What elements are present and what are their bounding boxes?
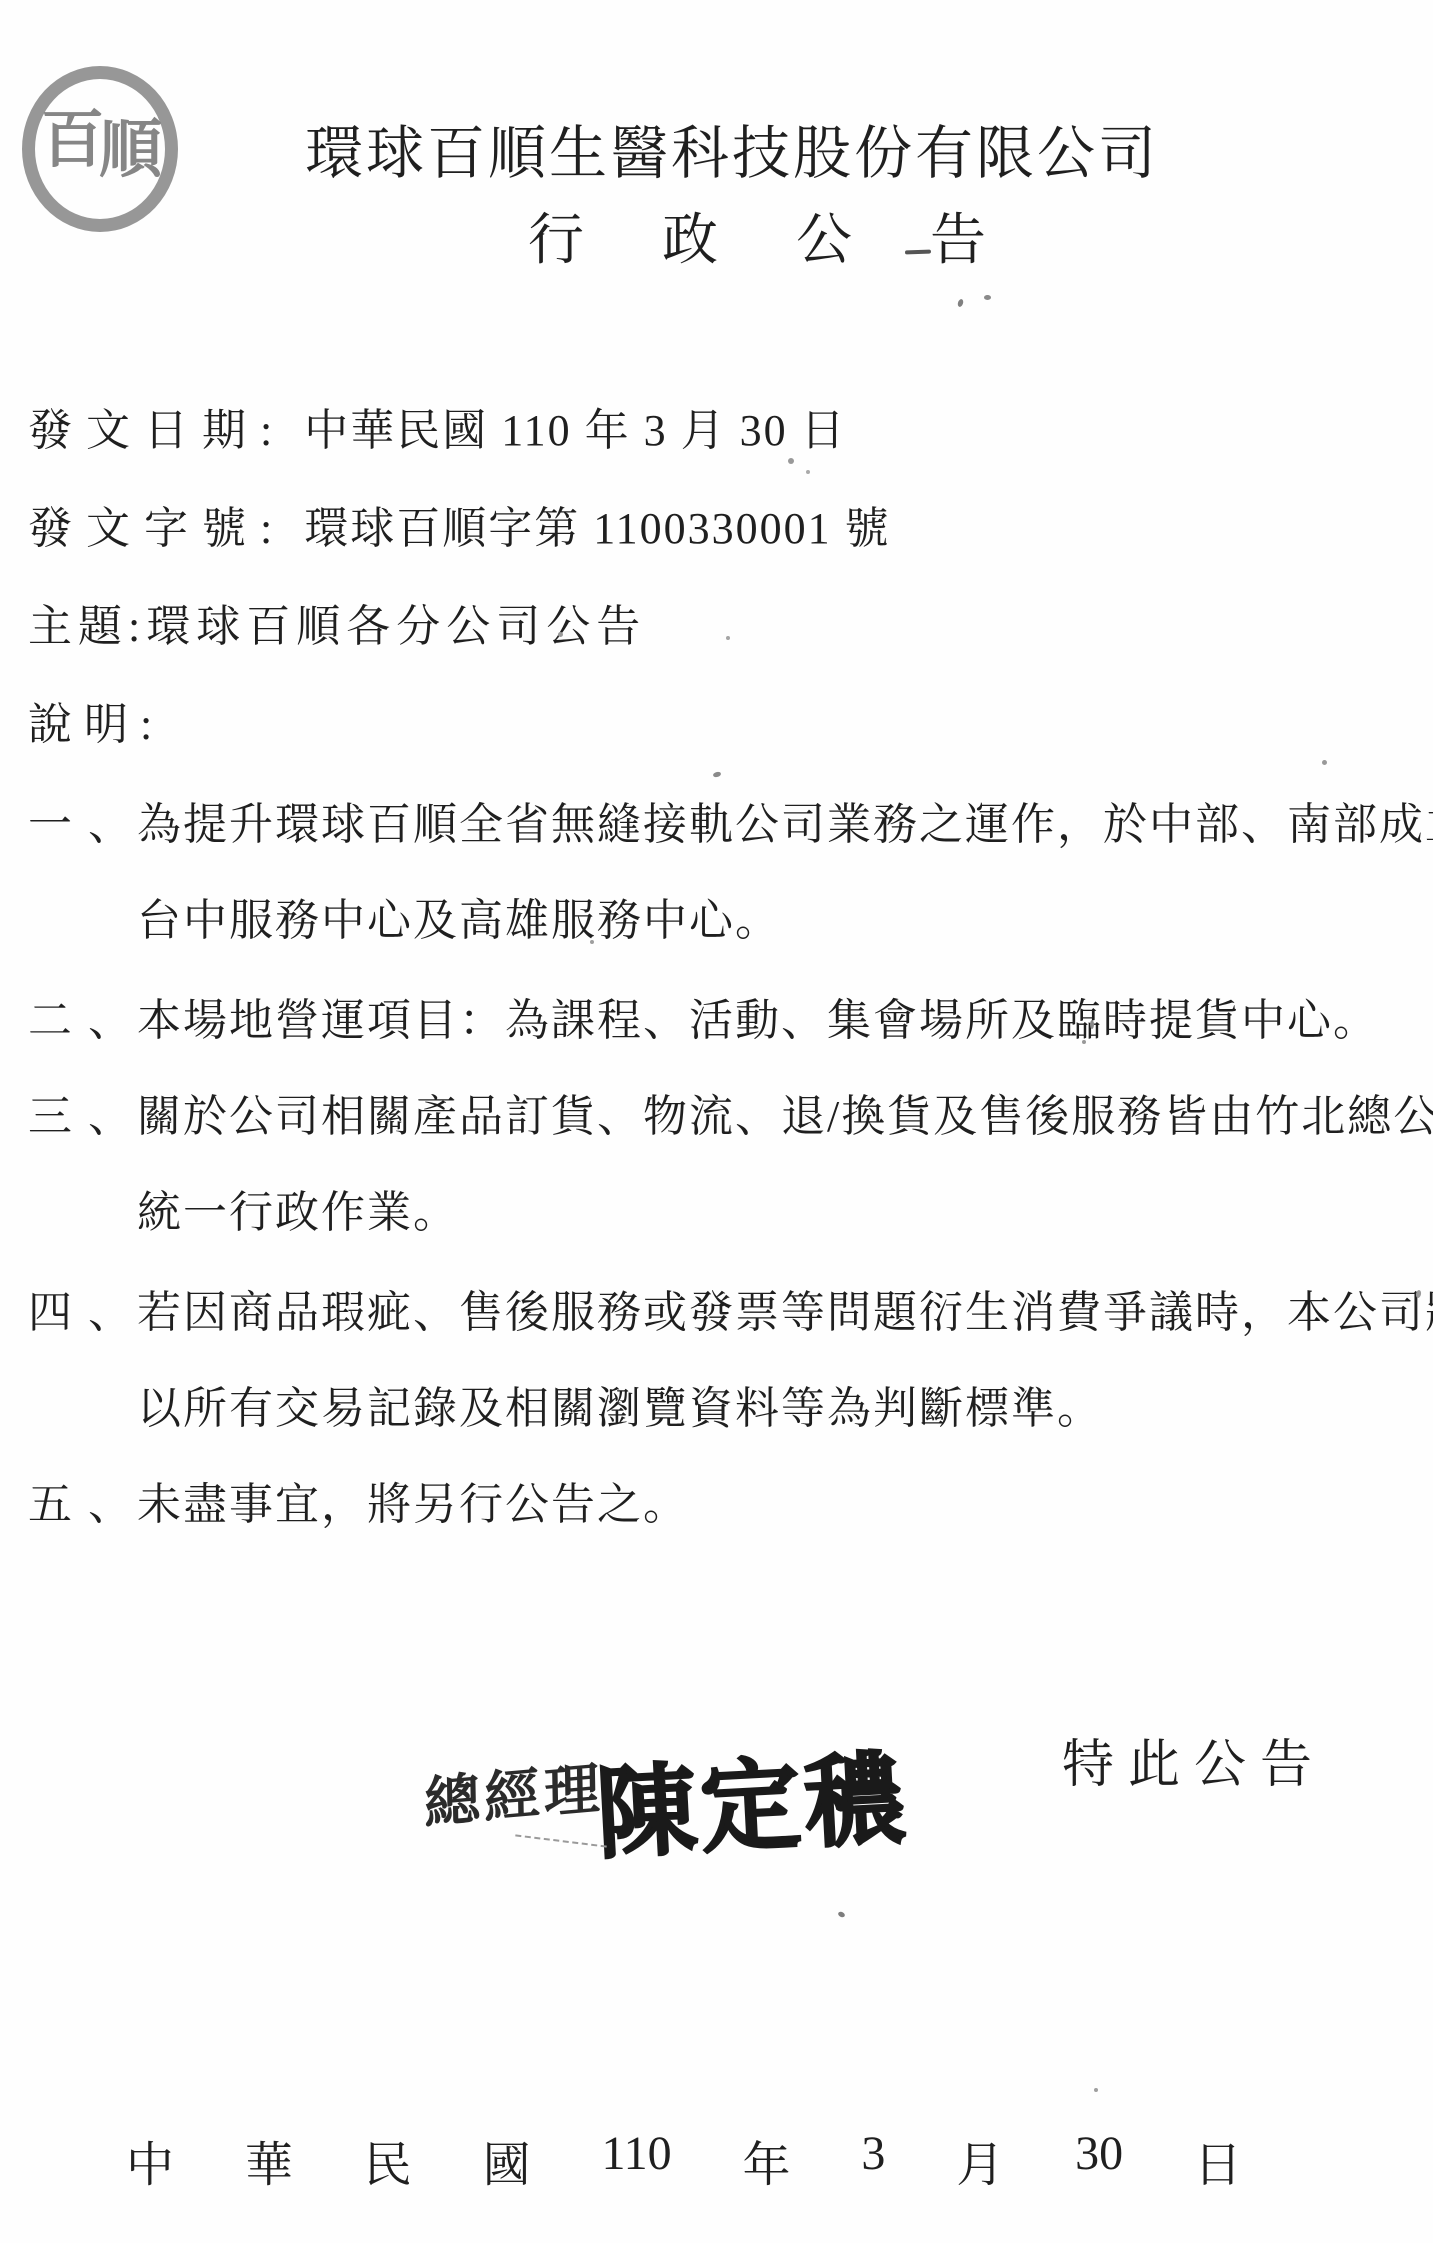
footer-date-char: 民 bbox=[364, 2126, 412, 2195]
ref-number-line: 發文字號:環球百順字第 1100330001 號 bbox=[28, 492, 891, 556]
scan-speck bbox=[1090, 1020, 1094, 1029]
footer-date-char: 月 bbox=[956, 2126, 1004, 2195]
item-4-line-2: 以所有交易記錄及相關瀏覽資料等為判斷標準。 bbox=[137, 1372, 1103, 1436]
item-3-line-1: 三、關於公司相關產品訂貨、物流、退/換貨及售後服務皆由竹北總公司 bbox=[28, 1080, 1433, 1144]
scan-speck bbox=[590, 940, 594, 944]
footer-date-char: 中 bbox=[126, 2126, 174, 2195]
item-4-marker: 四、 bbox=[28, 1276, 137, 1340]
footer-date-char: 國 bbox=[483, 2126, 531, 2195]
footer-date-char: 華 bbox=[245, 2126, 293, 2195]
closing-statement: 特此公告 bbox=[1062, 1722, 1326, 1797]
document-title: 行政公告 bbox=[528, 196, 1064, 276]
item-2-marker: 二、 bbox=[28, 984, 137, 1048]
seal-char-left: 百 bbox=[41, 109, 104, 172]
scan-speck bbox=[1094, 2088, 1098, 2092]
item-4-line-1: 四、若因商品瑕疵、售後服務或發票等問題衍生消費爭議時，本公司將 bbox=[28, 1276, 1433, 1340]
subject-line: 主題:環球百順各分公司公告 bbox=[28, 590, 646, 654]
signature-title-handwritten: 總經理 bbox=[424, 1744, 605, 1840]
scan-speck bbox=[726, 636, 730, 640]
item-3-line-2: 統一行政作業。 bbox=[137, 1176, 459, 1240]
item-4-text: 若因商品瑕疵、售後服務或發票等問題衍生消費爭議時，本公司將 bbox=[137, 1288, 1433, 1337]
item-5-marker: 五、 bbox=[28, 1468, 137, 1532]
scan-speck bbox=[712, 771, 721, 778]
issue-date-value: 中華民國 110 年 3 月 30 日 bbox=[304, 406, 846, 455]
footer-date-line: 中 華 民 國 110 年 3 月 30 日 bbox=[126, 2126, 1242, 2195]
item-5-text: 未盡事宜，將另行公告之。 bbox=[137, 1480, 689, 1529]
item-2-text: 本場地營運項目：為課程、活動、集會場所及臨時提貨中心。 bbox=[137, 996, 1379, 1045]
scanned-announcement-page: 百 順 環球百順生醫科技股份有限公司 行政公告 發文日期:中華民國 110 年 … bbox=[0, 0, 1433, 2243]
footer-date-char: 日 bbox=[1194, 2126, 1242, 2195]
seal-char-right: 順 bbox=[99, 119, 162, 182]
item-1-marker: 一、 bbox=[28, 788, 137, 852]
ref-number-label: 發文字號: bbox=[28, 504, 286, 553]
ref-number-value: 環球百順字第 1100330001 號 bbox=[304, 504, 890, 553]
issue-date-line: 發文日期:中華民國 110 年 3 月 30 日 bbox=[28, 394, 847, 458]
explanation-label: 說明: bbox=[28, 688, 164, 752]
scan-speck bbox=[806, 470, 810, 474]
item-3-text: 關於公司相關產品訂貨、物流、退/換貨及售後服務皆由竹北總公司 bbox=[137, 1092, 1433, 1141]
scan-speck bbox=[1322, 760, 1327, 765]
signature-name-handwritten: 陳定穠 bbox=[592, 1718, 911, 1878]
issue-date-label: 發文日期: bbox=[28, 406, 286, 455]
scan-speck bbox=[558, 632, 563, 637]
item-1-text: 為提升環球百順全省無縫接軌公司業務之運作，於中部、南部成立 bbox=[137, 800, 1433, 849]
item-2-line-1: 二、本場地營運項目：為課程、活動、集會場所及臨時提貨中心。 bbox=[28, 984, 1379, 1048]
company-name: 環球百順生醫科技股份有限公司 bbox=[305, 106, 1159, 190]
footer-date-char: 110 bbox=[601, 2126, 671, 2195]
footer-date-char: 年 bbox=[743, 2126, 791, 2195]
item-3-marker: 三、 bbox=[28, 1080, 137, 1144]
scan-speck bbox=[1082, 1040, 1086, 1044]
footer-date-char: 30 bbox=[1075, 2126, 1123, 2195]
scan-speck bbox=[837, 1911, 845, 1918]
scan-speck bbox=[957, 298, 964, 307]
scan-speck bbox=[788, 458, 794, 464]
signature-underline-artifact bbox=[515, 1834, 607, 1847]
scan-speck bbox=[984, 295, 991, 300]
footer-date-char: 3 bbox=[861, 2126, 885, 2195]
item-1-line-1: 一、為提升環球百順全省無縫接軌公司業務之運作，於中部、南部成立 bbox=[28, 788, 1433, 852]
company-seal-logo: 百 順 bbox=[22, 66, 178, 232]
item-5-line-1: 五、未盡事宜，將另行公告之。 bbox=[28, 1468, 689, 1532]
item-1-line-2: 台中服務中心及高雄服務中心。 bbox=[137, 884, 781, 948]
